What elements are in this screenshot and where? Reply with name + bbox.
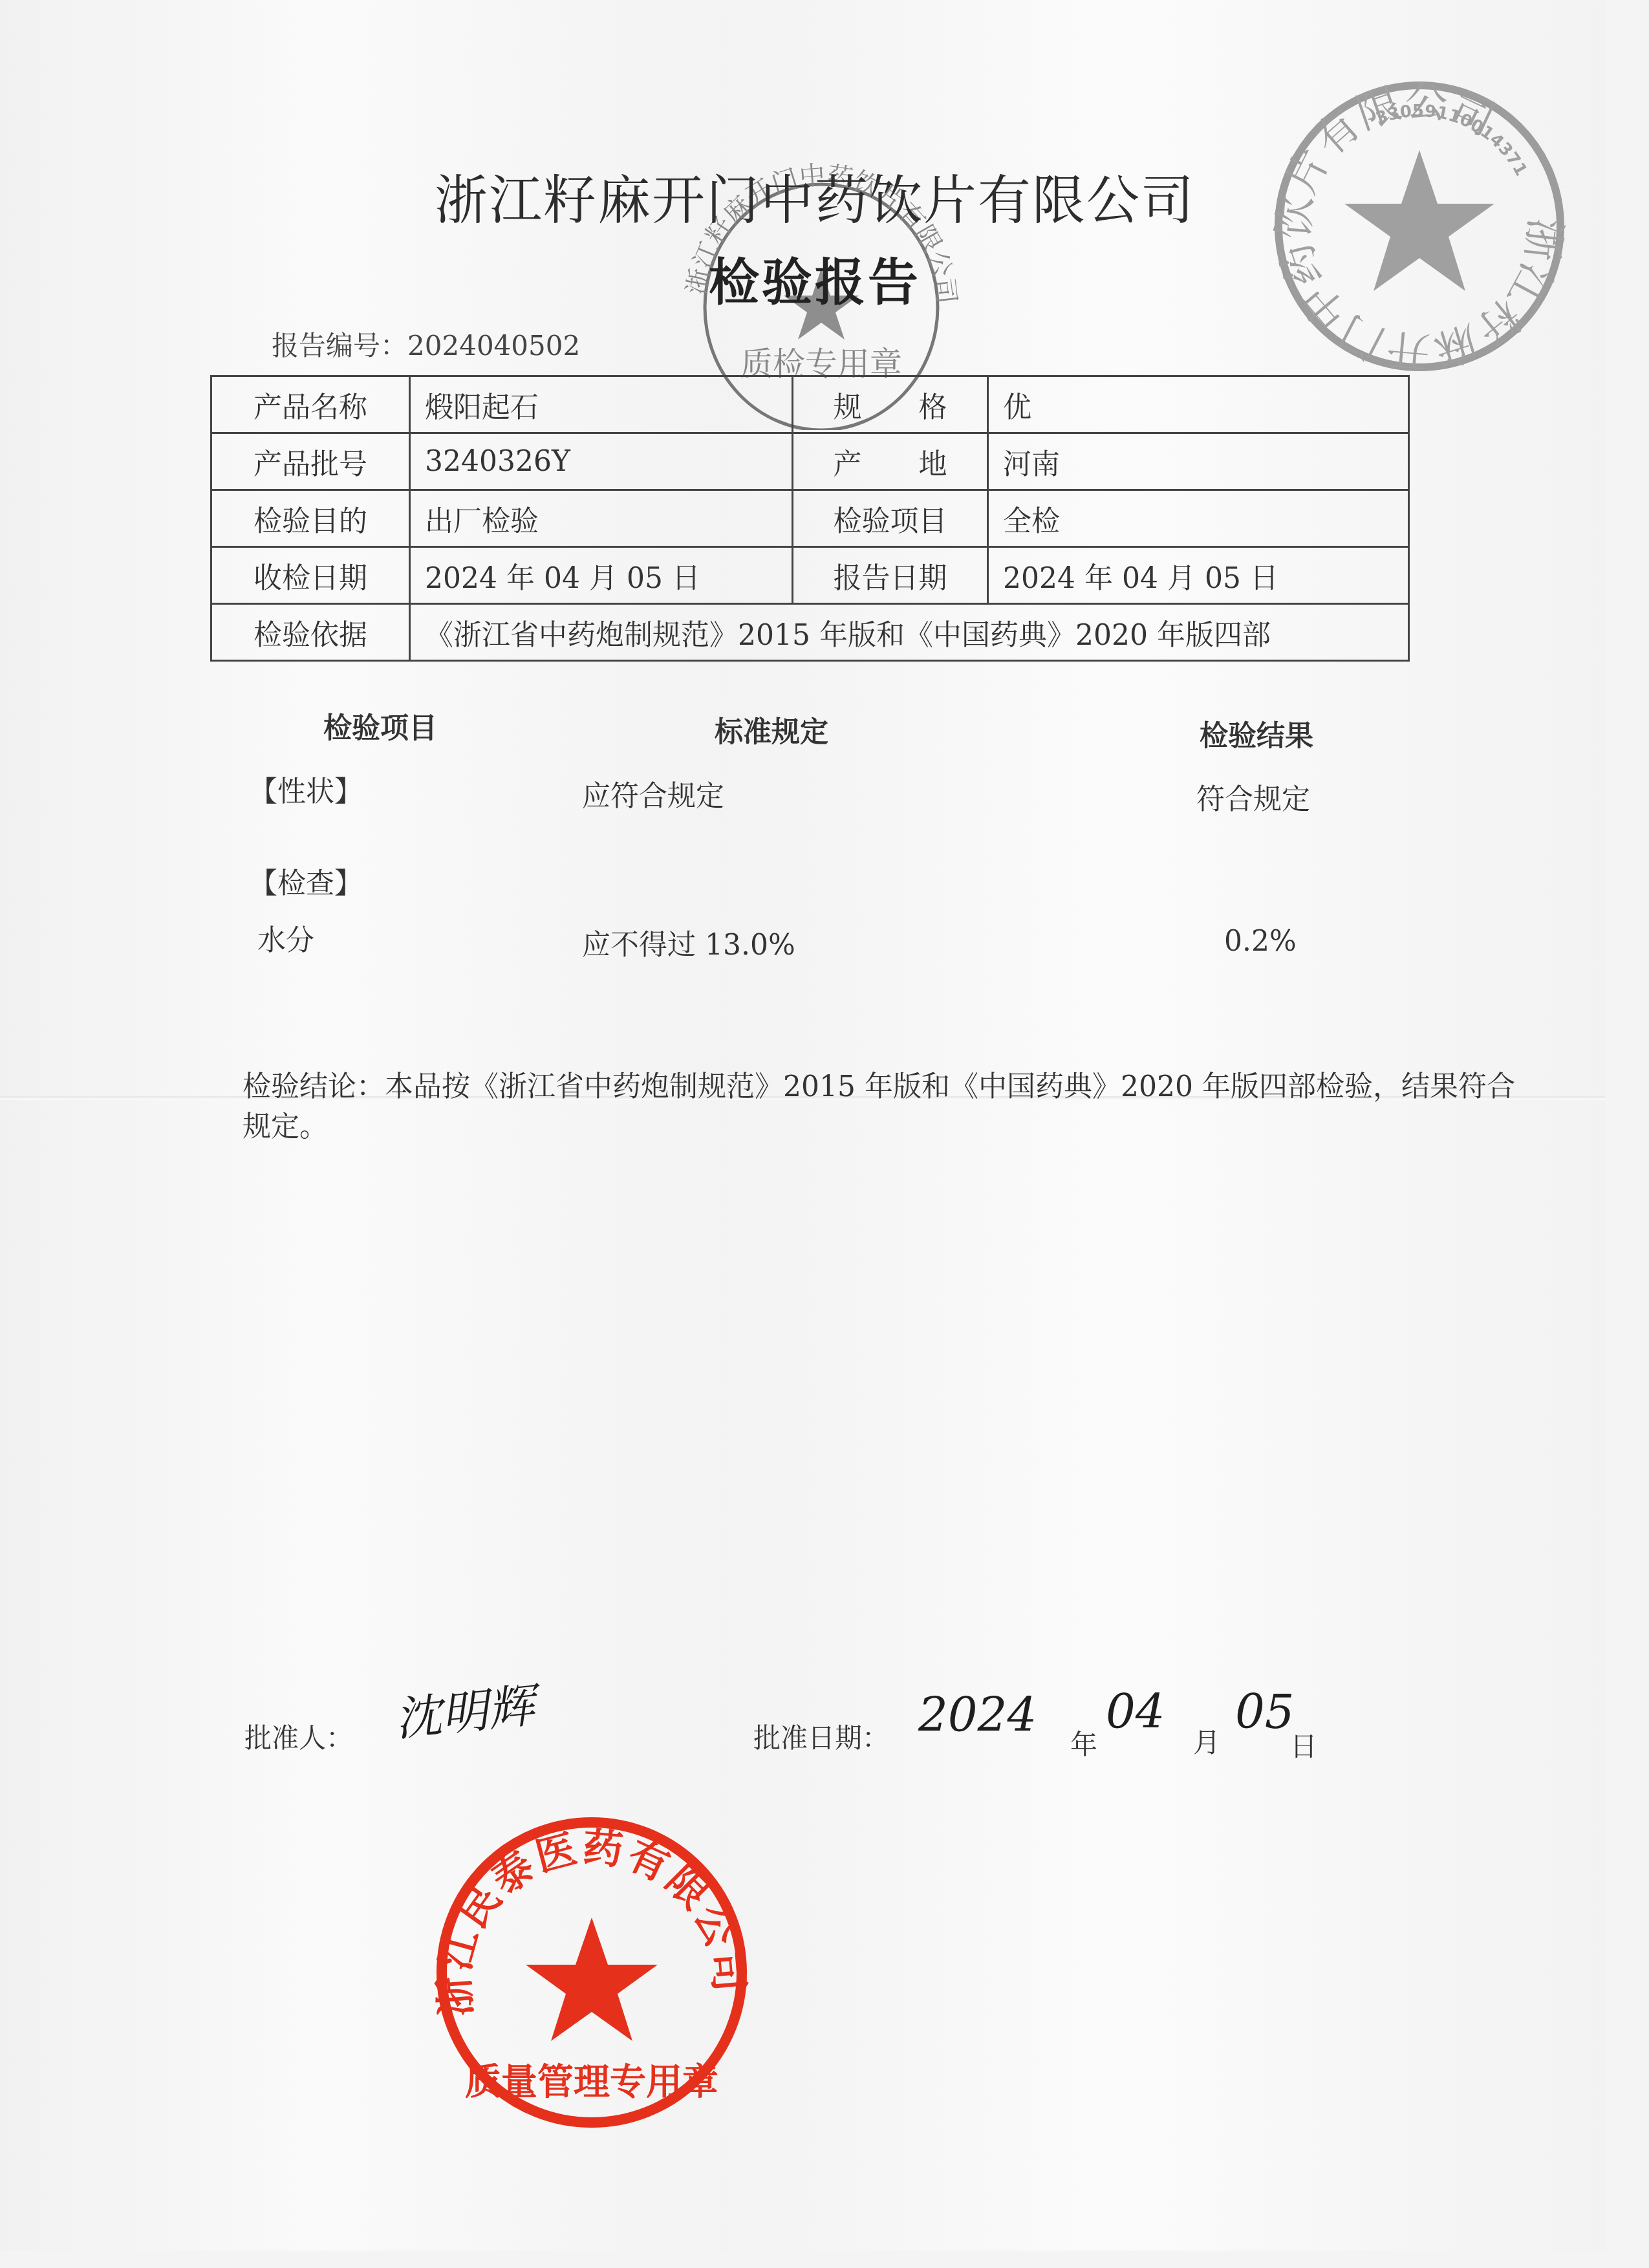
label-product-name: 产品名称 xyxy=(211,376,410,433)
label-origin: 产 地 xyxy=(793,433,988,490)
value-origin: 河南 xyxy=(988,433,1409,490)
moisture-item: 水分 xyxy=(257,917,314,958)
value-test-items: 全检 xyxy=(988,490,1409,547)
approval-year: 2024 xyxy=(918,1688,1037,1742)
day-unit: 日 xyxy=(1290,1725,1317,1764)
value-batch-no: 3240326Y xyxy=(410,433,793,490)
value-spec: 优 xyxy=(988,376,1409,433)
approval-month: 04 xyxy=(1106,1685,1165,1739)
table-row: 产品名称 煅阳起石 规 格 优 xyxy=(211,376,1409,433)
report-number-label: 报告编号： xyxy=(272,330,407,362)
label-purpose: 检验目的 xyxy=(211,490,410,547)
table-row: 检验依据 《浙江省中药炮制规范》2015 年版和《中国药典》2020 年版四部 xyxy=(211,604,1409,661)
table-row: 检验目的 出厂检验 检验项目 全检 xyxy=(211,490,1409,547)
star-icon xyxy=(526,1917,658,2041)
company-name: 浙江籽麻开门中药饮片有限公司 xyxy=(0,158,1630,234)
report-number: 报告编号：2024040502 xyxy=(272,325,580,363)
header-standard: 标准规定 xyxy=(715,709,828,750)
appearance-standard: 应符合规定 xyxy=(582,773,724,814)
label-basis: 检验依据 xyxy=(211,604,410,661)
report-number-value: 2024040502 xyxy=(407,330,580,362)
conclusion-text: 检验结论：本品按《浙江省中药炮制规范》2015 年版和《中国药典》2020 年版… xyxy=(242,1067,1523,1147)
label-batch-no: 产品批号 xyxy=(211,433,410,490)
label-spec: 规 格 xyxy=(793,376,988,433)
label-test-items: 检验项目 xyxy=(793,490,988,547)
approval-date-label: 批准日期： xyxy=(753,1717,889,1756)
table-row: 收检日期 2024 年 04 月 05 日 报告日期 2024 年 04 月 0… xyxy=(211,547,1409,604)
product-info-table: 产品名称 煅阳起石 规 格 优 产品批号 3240326Y 产 地 河南 检验目… xyxy=(210,375,1410,662)
year-unit: 年 xyxy=(1070,1723,1097,1762)
quality-management-seal: 浙江民泰医药有限公司 质量管理专用章 xyxy=(430,1811,753,2134)
value-purpose: 出厂检验 xyxy=(410,490,793,547)
approver-label: 批准人： xyxy=(244,1717,353,1756)
section-inspection: 【检查】 xyxy=(249,860,363,902)
seal-red-bottom: 质量管理专用章 xyxy=(465,2061,718,2103)
value-product-name: 煅阳起石 xyxy=(410,376,793,433)
approval-day: 05 xyxy=(1235,1685,1295,1739)
label-report-date: 报告日期 xyxy=(793,547,988,604)
table-row: 产品批号 3240326Y 产 地 河南 xyxy=(211,433,1409,490)
month-unit: 月 xyxy=(1193,1722,1220,1760)
section-appearance: 【性状】 xyxy=(249,768,363,810)
label-receive-date: 收检日期 xyxy=(211,547,410,604)
moisture-standard: 应不得过 13.0% xyxy=(582,922,795,963)
moisture-result: 0.2% xyxy=(1224,925,1297,958)
header-result: 检验结果 xyxy=(1200,713,1313,754)
value-basis: 《浙江省中药炮制规范》2015 年版和《中国药典》2020 年版四部 xyxy=(410,604,1409,661)
appearance-result: 符合规定 xyxy=(1196,776,1310,817)
value-report-date: 2024 年 04 月 05 日 xyxy=(988,547,1409,604)
header-test-item: 检验项目 xyxy=(323,705,437,746)
document-title: 检验报告 xyxy=(0,243,1630,315)
value-receive-date: 2024 年 04 月 05 日 xyxy=(410,547,793,604)
